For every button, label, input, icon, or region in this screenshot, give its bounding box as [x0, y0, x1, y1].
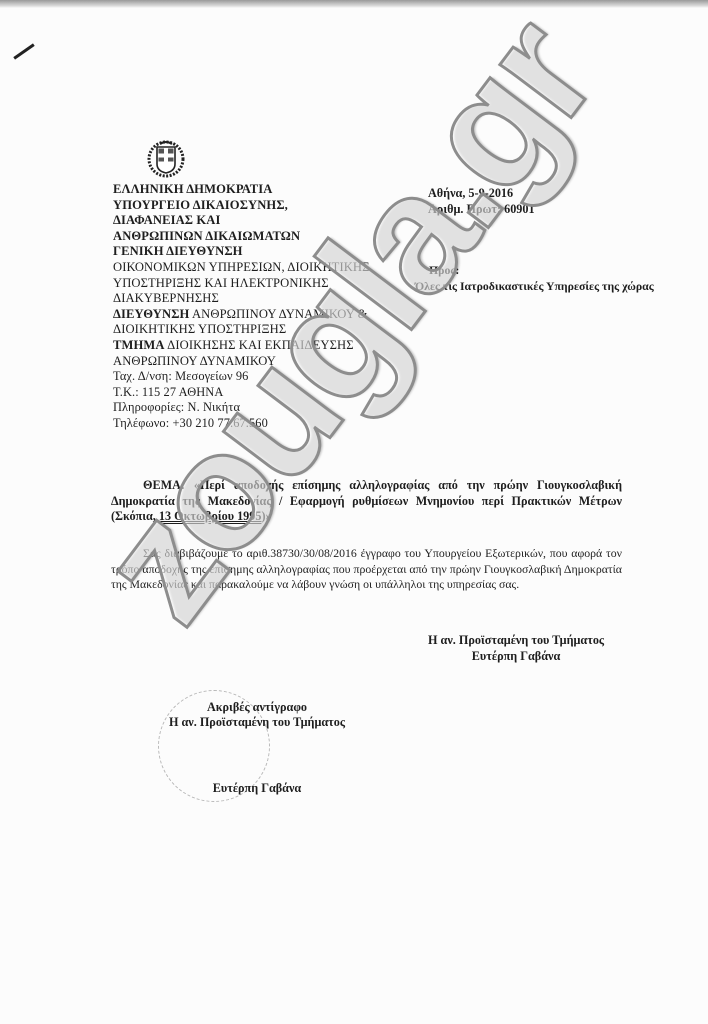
recipient-label: Προς: [415, 263, 654, 279]
certified-copy-label: Ακριβές αντίγραφο [152, 700, 362, 715]
date-protocol-block: Αθήνα, 5-9-2016 Αριθμ. Πρωτ: 60901 [428, 186, 535, 217]
postal-code: Τ.Κ.: 115 27 ΑΘΗΝΑ [113, 385, 370, 401]
letterhead-line: ΔΙΟΙΚΗΤΙΚΗΣ ΥΠΟΣΤΗΡΙΞΗΣ [113, 322, 370, 338]
letterhead-line: ΕΛΛΗΝΙΚΗ ΔΗΜΟΚΡΑΤΙΑ [113, 182, 370, 198]
phone-number: Τηλέφωνο: +30 210 77.67.560 [113, 416, 370, 432]
letterhead-line: ΑΝΘΡΩΠΙΝΩΝ ΔΙΚΑΙΩΜΑΤΩΝ [113, 229, 370, 245]
letterhead-line: ΔΙΑΚΥΒΕΡΝΗΣΗΣ [113, 291, 370, 307]
letterhead-line: ΟΙΚΟΝΟΜΙΚΩΝ ΥΠΗΡΕΣΙΩΝ, ΔΙΟΙΚΗΤΙΚΗΣ [113, 260, 370, 276]
recipient-value: Όλες τις Ιατροδικαστικές Υπηρεσίες της χ… [415, 279, 654, 295]
letterhead-line: ΥΠΟΣΤΗΡΙΞΗΣ ΚΑΙ ΗΛΕΚΤΡΟΝΙΚΗΣ [113, 276, 370, 292]
letterhead-line: ΥΠΟΥΡΓΕΙΟ ΔΙΚΑΙΟΣΥΝΗΣ, [113, 198, 370, 214]
signatory-name: Ευτέρπη Γαβάνα [428, 649, 604, 665]
signature-block: Η αν. Προϊσταμένη του Τμήματος Ευτέρπη Γ… [428, 633, 604, 664]
letterhead-line: ΑΝΘΡΩΠΙΝΟΥ ΔΥΝΑΜΙΚΟΥ [113, 354, 370, 370]
subject-date-underlined: 13 Οκτωβρίου 1995 [159, 509, 262, 523]
contact-info: Πληροφορίες: Ν. Νικήτα [113, 400, 370, 416]
body-paragraph: Σας διαβιβάζουμε το αριθ.38730/30/08/201… [111, 546, 622, 593]
protocol-number: Αριθμ. Πρωτ: 60901 [428, 202, 535, 218]
certified-copy-name: Ευτέρπη Γαβάνα [152, 781, 362, 796]
signatory-title: Η αν. Προϊσταμένη του Τμήματος [428, 633, 604, 649]
scan-mark [13, 43, 34, 59]
certified-copy-block: Ακριβές αντίγραφο Η αν. Προϊσταμένη του … [152, 700, 362, 796]
recipient-block: Προς: Όλες τις Ιατροδικαστικές Υπηρεσίες… [415, 263, 654, 294]
letterhead-line: ΔΙΑΦΑΝΕΙΑΣ ΚΑΙ [113, 213, 370, 229]
letterhead-line: ΓΕΝΙΚΗ ΔΙΕΥΘΥΝΣΗ [113, 244, 370, 260]
place-date: Αθήνα, 5-9-2016 [428, 186, 535, 202]
letterhead-line: ΤΜΗΜΑ ΔΙΟΙΚΗΣΗΣ ΚΑΙ ΕΚΠΑΙΔΕΥΣΗΣ [113, 338, 370, 354]
certified-copy-title: Η αν. Προϊσταμένη του Τμήματος [152, 715, 362, 730]
greek-coat-of-arms-icon [146, 138, 186, 178]
subject-label: ΘΕΜΑ: [143, 478, 185, 492]
postal-address: Ταχ. Δ/νση: Μεσογείων 96 [113, 369, 370, 385]
scanned-page-edge [0, 0, 708, 8]
letterhead: ΕΛΛΗΝΙΚΗ ΔΗΜΟΚΡΑΤΙΑ ΥΠΟΥΡΓΕΙΟ ΔΙΚΑΙΟΣΥΝΗ… [113, 182, 370, 432]
letterhead-line: ΔΙΕΥΘΥΝΣΗ ΑΝΘΡΩΠΙΝΟΥ ΔΥΝΑΜΙΚΟΥ & [113, 307, 370, 323]
subject-block: ΘΕΜΑ: «Περί αποδοχής επίσημης αλληλογραφ… [111, 478, 622, 525]
